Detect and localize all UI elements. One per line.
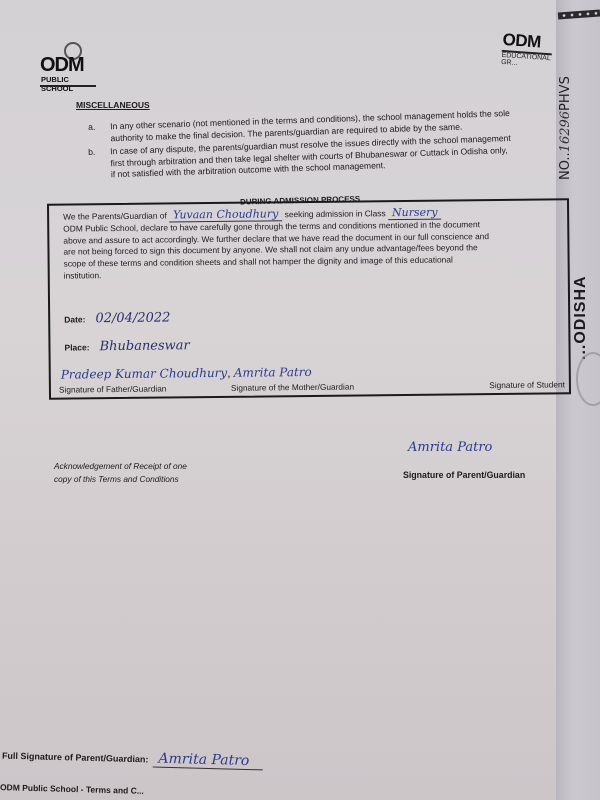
parent-signatures: Pradeep Kumar Choudhury, Amrita Patro xyxy=(61,365,312,382)
mother-signature: Amrita Patro xyxy=(234,365,312,380)
class-field: Nursery xyxy=(388,206,442,221)
acknowledgement-signature-label: Signature of Parent/Guardian xyxy=(403,470,525,480)
place-field: Place:Bhubaneswar xyxy=(64,338,189,354)
declaration-text: We the Parents/Guardian of Yuvaan Choudh… xyxy=(63,206,489,282)
acknowledgement-signature: Amrita Patro xyxy=(408,440,492,455)
full-signature-value: Amrita Patro xyxy=(152,751,263,771)
student-name-field: Yuvaan Choudhury xyxy=(169,207,282,222)
date-field: Date:02/04/2022 xyxy=(64,310,170,326)
date-value: 02/04/2022 xyxy=(95,310,170,326)
odm-educational-group-logo: ODM EDUCATIONAL GR... xyxy=(501,30,563,70)
admission-declaration-box: We the Parents/Guardian of Yuvaan Choudh… xyxy=(47,198,571,399)
serial-number-value: 16296 xyxy=(558,111,573,152)
miscellaneous-heading: MISCELLANEOUS xyxy=(76,100,150,110)
signature-labels: Signature of Father/Guardian Signature o… xyxy=(59,389,565,394)
place-value: Bhubaneswar xyxy=(99,338,189,354)
odm-public-school-logo: ODM PUBLIC SCHOOL xyxy=(40,42,96,84)
acknowledgement-text: Acknowledgement of Receipt of one copy o… xyxy=(54,460,187,486)
father-signature: Pradeep Kumar Choudhury xyxy=(61,366,228,382)
side-title: ...ODISHA xyxy=(572,275,590,360)
